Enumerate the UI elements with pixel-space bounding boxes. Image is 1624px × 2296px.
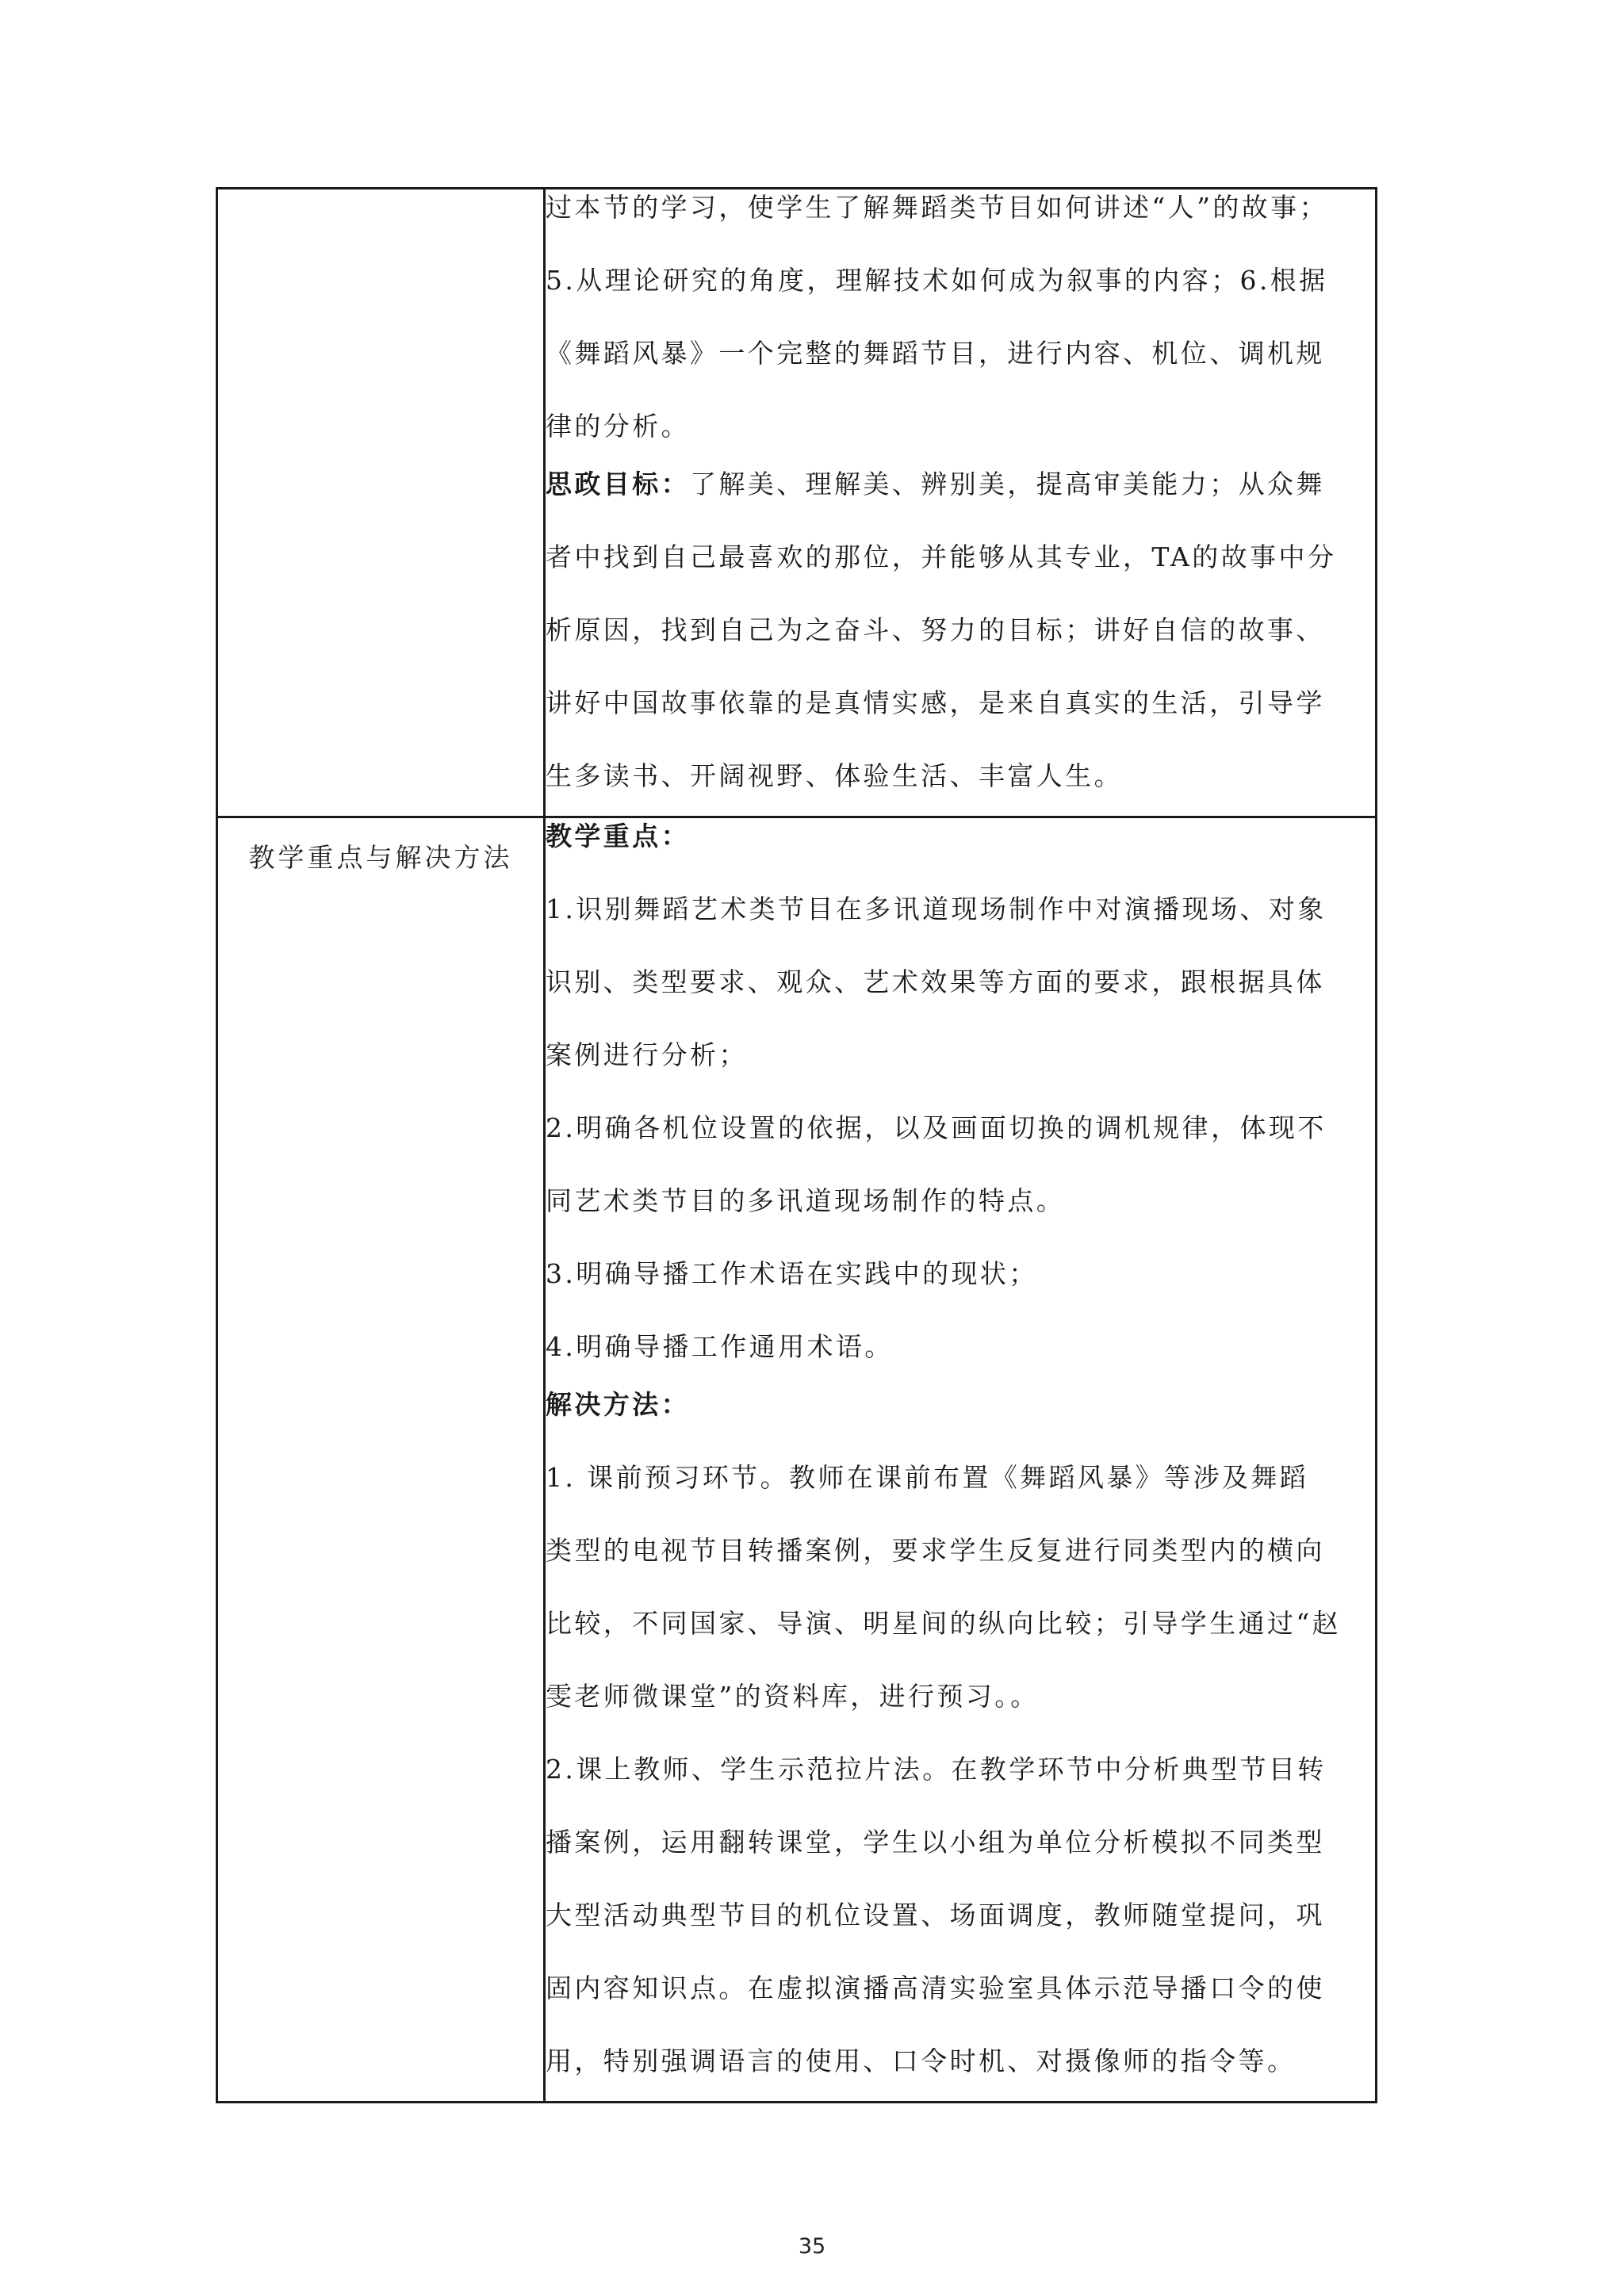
text-line: 雯老师微课堂”的资料库，进行预习。。: [546, 1678, 1375, 1715]
text-line: 者中找到自己最喜欢的那位，并能够从其专业，TA的故事中分: [546, 539, 1375, 576]
table-row: 过本节的学习，使学生了解舞蹈类节目如何讲述“人”的故事； 5.从理论研究的角度，…: [217, 189, 1377, 817]
teaching-focus-heading: 教学重点：: [546, 818, 1375, 855]
text-line: 识别、类型要求、观众、艺术效果等方面的要求，跟根据具体: [546, 964, 1375, 1001]
row-label: 教学重点与解决方法: [218, 818, 543, 876]
text-line: 2.课上教师、学生示范拉片法。在教学环节中分析典型节目转: [546, 1751, 1375, 1788]
ideological-goals-first-line: 了解美、理解美、辨别美，提高审美能力；从众舞: [690, 469, 1325, 499]
row-label-cell: [217, 189, 545, 817]
text-line: 律的分析。: [546, 408, 1375, 445]
row-content-cell: 过本节的学习，使学生了解舞蹈类节目如何讲述“人”的故事； 5.从理论研究的角度，…: [545, 189, 1377, 817]
text-line: 案例进行分析；: [546, 1037, 1375, 1073]
text-line: 同艺术类节目的多讯道现场制作的特点。: [546, 1183, 1375, 1219]
text-line: 3.明确导播工作术语在实践中的现状；: [546, 1256, 1375, 1292]
text-line: 4.明确导播工作通用术语。: [546, 1329, 1375, 1365]
text-line: 思政目标：了解美、理解美、辨别美，提高审美能力；从众舞: [546, 466, 1375, 503]
text-line: 类型的电视节目转播案例，要求学生反复进行同类型内的横向: [546, 1533, 1375, 1569]
text-line: 2.明确各机位设置的依据，以及画面切换的调机规律，体现不: [546, 1110, 1375, 1146]
text-line: 播案例，运用翻转课堂，学生以小组为单位分析模拟不同类型: [546, 1824, 1375, 1861]
lesson-plan-table: 过本节的学习，使学生了解舞蹈类节目如何讲述“人”的故事； 5.从理论研究的角度，…: [216, 187, 1377, 2103]
text-line: 固内容知识点。在虚拟演播高清实验室具体示范导播口令的使: [546, 1970, 1375, 2007]
row-label: [218, 189, 543, 211]
text-line: 大型活动典型节目的机位设置、场面调度，教师随堂提问，巩: [546, 1897, 1375, 1934]
objectives-continued-paragraph: 过本节的学习，使学生了解舞蹈类节目如何讲述“人”的故事； 5.从理论研究的角度，…: [546, 189, 1375, 445]
document-page: 过本节的学习，使学生了解舞蹈类节目如何讲述“人”的故事； 5.从理论研究的角度，…: [0, 0, 1624, 2296]
row-content-cell: 教学重点： 1.识别舞蹈艺术类节目在多讯道现场制作中对演播现场、对象 识别、类型…: [545, 817, 1377, 2103]
text-line: 讲好中国故事依靠的是真情实感，是来自真实的生活，引导学: [546, 685, 1375, 721]
teaching-focus-paragraph: 教学重点： 1.识别舞蹈艺术类节目在多讯道现场制作中对演播现场、对象 识别、类型…: [546, 818, 1375, 1365]
ideological-goals-paragraph: 思政目标：了解美、理解美、辨别美，提高审美能力；从众舞 者中找到自己最喜欢的那位…: [546, 466, 1375, 794]
text-line: 生多读书、开阔视野、体验生活、丰富人生。: [546, 758, 1375, 794]
solutions-heading: 解决方法：: [546, 1387, 1375, 1423]
table-row: 教学重点与解决方法 教学重点： 1.识别舞蹈艺术类节目在多讯道现场制作中对演播现…: [217, 817, 1377, 2103]
page-number: 35: [0, 2234, 1624, 2259]
text-line: 比较，不同国家、导演、明星间的纵向比较；引导学生通过“赵: [546, 1605, 1375, 1642]
solutions-paragraph: 解决方法： 1. 课前预习环节。教师在课前布置《舞蹈风暴》等涉及舞蹈 类型的电视…: [546, 1387, 1375, 2080]
ideological-goals-heading: 思政目标：: [546, 469, 690, 499]
text-line: 析原因，找到自己为之奋斗、努力的目标；讲好自信的故事、: [546, 612, 1375, 649]
text-line: 《舞蹈风暴》一个完整的舞蹈节目，进行内容、机位、调机规: [546, 335, 1375, 372]
row-label-cell: 教学重点与解决方法: [217, 817, 545, 2103]
text-line: 用，特别强调语言的使用、口令时机、对摄像师的指令等。: [546, 2043, 1375, 2080]
text-line: 1. 课前预习环节。教师在课前布置《舞蹈风暴》等涉及舞蹈: [546, 1460, 1375, 1496]
text-line: 过本节的学习，使学生了解舞蹈类节目如何讲述“人”的故事；: [546, 189, 1375, 226]
text-line: 5.从理论研究的角度，理解技术如何成为叙事的内容；6.根据: [546, 262, 1375, 299]
text-line: 1.识别舞蹈艺术类节目在多讯道现场制作中对演播现场、对象: [546, 891, 1375, 928]
